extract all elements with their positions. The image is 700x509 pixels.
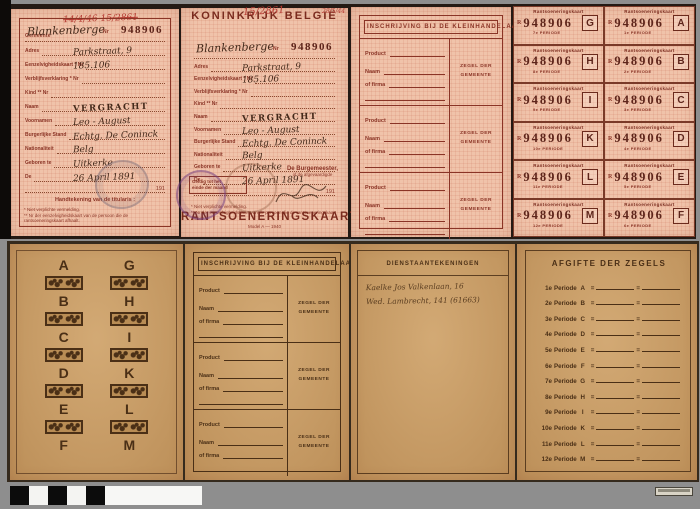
field-label: Nationaliteit xyxy=(25,146,54,154)
municipal-stamp-cell: ZEGEL DER GEMEENTE xyxy=(287,276,340,342)
entry-line xyxy=(596,289,634,290)
form-field-row: Verblijfsverklaring * Nr xyxy=(25,70,165,84)
entry-line xyxy=(642,413,680,414)
gemeente-handwritten-value: Blankenberge xyxy=(196,40,274,56)
coupon-header: Rantsoeneringskaart xyxy=(608,202,691,207)
form-field-row: Adres Parkstraat, 9 xyxy=(194,59,335,72)
retail-fields: Product Naam of firma xyxy=(194,343,287,409)
municipal-stamp-cell: ZEGEL DER GEMEENTE xyxy=(287,410,340,476)
scale-segment-black xyxy=(10,486,29,505)
coupon-number: 948906 xyxy=(614,93,673,108)
firma-line xyxy=(223,391,283,392)
red-ink-annotation: 15/2861 xyxy=(243,5,285,18)
ration-coupon: Rantsoeneringskaart R 948906 D 4e PERIOD… xyxy=(604,122,695,161)
entry-line xyxy=(596,413,634,414)
form-field-row: De 26 April 1891 xyxy=(25,168,165,182)
equals-sign: = xyxy=(636,285,640,292)
retail-fields: Product Naam of firma xyxy=(194,410,287,476)
ration-coupon: Rantsoeneringskaart R 948906 I 9e PERIOD… xyxy=(513,83,604,122)
period-ordinal: 4e xyxy=(538,331,552,338)
entry-line xyxy=(642,304,680,305)
footnote-2: ** Nr der eenzelvigheidskaart van de per… xyxy=(24,213,166,224)
field-label: Geboren te xyxy=(194,164,220,172)
coupon-prefix: R xyxy=(517,20,521,26)
field-label: De xyxy=(25,174,31,182)
coupon-prefix: R xyxy=(517,59,521,65)
footnotes: * Niet verplichte vermelding. ** Nr der … xyxy=(24,207,166,224)
naam-label: Naam xyxy=(365,203,380,209)
period-word: Periode xyxy=(554,441,577,448)
period-letter: I xyxy=(577,409,589,416)
equals-sign: = xyxy=(636,456,640,463)
coupon-header: Rantsoeneringskaart xyxy=(608,48,691,53)
coupon-letter-box: K xyxy=(582,131,598,147)
coupon-letter-box: L xyxy=(582,169,598,185)
firma-label: of firma xyxy=(365,82,385,88)
period-word: Periode xyxy=(554,456,577,463)
field-label: Adres xyxy=(25,48,39,56)
period-word: Periode xyxy=(554,425,577,432)
firma-line xyxy=(389,87,445,88)
coupon-header: Rantsoeneringskaart xyxy=(517,48,600,53)
equals-sign: = xyxy=(591,300,595,307)
product-line xyxy=(390,123,445,124)
entry-line xyxy=(642,289,680,290)
entry-line xyxy=(642,429,680,430)
firma-label: of firma xyxy=(199,319,219,325)
scale-segment-white xyxy=(29,486,48,505)
period-word: Periode xyxy=(554,316,577,323)
coupon-header: Rantsoeneringskaart xyxy=(608,86,691,91)
blank-line xyxy=(199,392,283,405)
retail-fields: Product Naam of firma xyxy=(360,106,449,172)
entry-line xyxy=(596,398,634,399)
form-field-row: Naam VERGRACHT xyxy=(25,98,165,112)
firma-line xyxy=(389,154,445,155)
coupon-prefix: R xyxy=(517,213,521,219)
coupon-header: Rantsoeneringskaart xyxy=(517,9,600,14)
retail-row: Product Naam of firma ZEGEL DER GEMEENTE xyxy=(360,105,502,172)
series-letter: E xyxy=(59,401,68,418)
entry-line xyxy=(596,335,634,336)
field-label: Verblijfsverklaring * Nr xyxy=(25,76,79,84)
municipal-stamp-cell: ZEGEL DER GEMEENTE xyxy=(449,173,502,239)
service-notes-title: DIENSTAANTEKENINGEN xyxy=(358,251,508,276)
field-label: Burgerlijke Stand xyxy=(194,139,235,147)
equals-sign: = xyxy=(591,347,595,354)
form-field-row: Kind ** Nr xyxy=(194,97,335,110)
period-word: Periode xyxy=(554,409,577,416)
retail-fields: Product Naam of firma xyxy=(194,276,287,342)
series-letter: M xyxy=(123,437,135,454)
naam-label: Naam xyxy=(199,306,214,312)
field-label: Verblijfsverklaring * Nr xyxy=(194,89,248,97)
gemeente-handwritten-value: Blankenberge xyxy=(27,23,105,39)
ration-coupon: Rantsoeneringskaart R 948906 E 5e PERIOD… xyxy=(604,160,695,199)
coupon-letter-box: M xyxy=(582,208,598,224)
period-ordinal: 9e xyxy=(538,409,552,416)
firma-label: of firma xyxy=(365,149,385,155)
coupon-letter-box: G xyxy=(582,15,598,31)
naam-line xyxy=(218,445,283,446)
coupon-prefix: R xyxy=(517,97,521,103)
coupon-prefix: R xyxy=(608,174,612,180)
period-ordinal: 5e xyxy=(538,347,552,354)
firma-label: of firma xyxy=(365,216,385,222)
coupon-prefix: R xyxy=(517,136,521,142)
panel-identity-left: 14/4/46 15/2861 Gemeente Blankenberge Nr… xyxy=(11,9,179,236)
coupon-header: Rantsoeneringskaart xyxy=(608,163,691,168)
ornament-stamp xyxy=(110,276,148,290)
entry-line xyxy=(596,445,634,446)
coupon-letter-box: B xyxy=(673,54,689,70)
equals-sign: = xyxy=(636,331,640,338)
period-letter: D xyxy=(577,331,589,338)
panel-coupons: Rantsoeneringskaart R 948906 G 7e PERIOD… xyxy=(513,6,695,237)
coupon-number: 948906 xyxy=(523,131,582,146)
ornament-stamp xyxy=(45,348,83,362)
field-label: Nationaliteit xyxy=(194,152,223,160)
equals-sign: = xyxy=(591,409,595,416)
card-number: 948906 xyxy=(121,24,163,36)
series-letter: C xyxy=(59,329,69,346)
entry-line xyxy=(642,445,680,446)
naam-line xyxy=(384,141,445,142)
equals-sign: = xyxy=(636,300,640,307)
retail-fields: Product Naam of firma xyxy=(360,39,449,105)
coupon-letter-box: D xyxy=(673,131,689,147)
period-ordinal: 10e xyxy=(538,425,552,432)
entry-line xyxy=(596,367,634,368)
product-label: Product xyxy=(199,355,220,361)
gemeente-row: Gemeente Blankenberge Nr 948906 xyxy=(25,24,165,42)
period-ordinal: 7e xyxy=(538,378,552,385)
scan-edge-shadow xyxy=(0,0,11,239)
afgifte-row: 7e Periode G = = xyxy=(538,370,680,386)
period-word: Periode xyxy=(554,363,577,370)
naam-label: Naam xyxy=(365,136,380,142)
entry-line xyxy=(596,320,634,321)
coupon-number: 948906 xyxy=(614,16,673,31)
field-label: Burgerlijke Stand xyxy=(25,132,66,140)
entry-line xyxy=(642,367,680,368)
form-field-row: Eenzelvigheidskaart * Nr 185.106 xyxy=(194,72,335,85)
afgifte-row: 8e Periode H = = xyxy=(538,385,680,401)
coupon-number: 948906 xyxy=(523,54,582,69)
validity-box: Geldig tot het einde der maand xyxy=(189,176,247,194)
coupon-prefix: R xyxy=(608,213,612,219)
equals-sign: = xyxy=(591,331,595,338)
period-word: Periode xyxy=(554,347,577,354)
color-reference-chip xyxy=(655,487,693,496)
coupon-letter-box: H xyxy=(582,54,598,70)
service-notes-border: DIENSTAANTEKENINGEN Kaelke Jos Valkenlaa… xyxy=(357,250,509,474)
product-label: Product xyxy=(199,422,220,428)
retail-border: INSCHRIJVING BIJ DE KLEINHANDELAARS Prod… xyxy=(193,252,341,472)
afgifte-title: AFGIFTE DER ZEGELS xyxy=(538,259,680,268)
equals-sign: = xyxy=(636,378,640,385)
period-word: Periode xyxy=(554,394,577,401)
product-line xyxy=(224,360,283,361)
blank-line xyxy=(199,325,283,338)
ration-coupon: Rantsoeneringskaart R 948906 F 6e PERIOD… xyxy=(604,199,695,238)
product-line xyxy=(224,293,283,294)
ornament-stamp xyxy=(45,276,83,290)
firma-line xyxy=(223,458,283,459)
form-field-row: Voornamen Leo - August xyxy=(25,112,165,126)
card-title: RANTSOENERINGSKAART xyxy=(181,211,348,223)
printed-year-row: 191 xyxy=(25,182,165,193)
afgifte-row: 9e Periode I = = xyxy=(538,401,680,417)
blank-line xyxy=(199,459,283,472)
coupon-header: Rantsoeneringskaart xyxy=(608,125,691,130)
equals-sign: = xyxy=(591,363,595,370)
coupon-number: 948906 xyxy=(614,131,673,146)
ornament-stamp xyxy=(45,312,83,326)
signature-caption: Handtekening van de titularis : xyxy=(25,197,165,203)
product-label: Product xyxy=(199,288,220,294)
product-line xyxy=(390,56,445,57)
field-label: Geboren te xyxy=(25,160,51,168)
equals-sign: = xyxy=(636,425,640,432)
red-ink-annotation-small: 28/5/44 xyxy=(322,8,345,15)
product-label: Product xyxy=(365,51,386,57)
equals-sign: = xyxy=(591,378,595,385)
period-word: Periode xyxy=(554,331,577,338)
retail-fields: Product Naam of firma xyxy=(360,173,449,239)
coupon-number: 948906 xyxy=(614,208,673,223)
equals-sign: = xyxy=(591,425,595,432)
form-field-row: Burgerlijke Stand Echtg. De Coninck xyxy=(25,126,165,140)
card-number: 948906 xyxy=(291,41,333,53)
period-letter: C xyxy=(577,316,589,323)
series-letter: K xyxy=(124,365,134,382)
entry-line xyxy=(642,335,680,336)
panel-retail-registration-bottom: INSCHRIJVING BIJ DE KLEINHANDELAARS Prod… xyxy=(185,244,349,480)
form-field-row: Kind ** Nr xyxy=(25,84,165,98)
equals-sign: = xyxy=(636,316,640,323)
service-notes-handwriting: Kaelke Jos Valkenlaan, 16 Wed. Lambrecht… xyxy=(358,275,509,314)
afgifte-border: AFGIFTE DER ZEGELS 1e Periode A = = 2e P… xyxy=(525,250,691,472)
period-ordinal: 6e xyxy=(538,363,552,370)
equals-sign: = xyxy=(636,394,640,401)
coupon-number: 948906 xyxy=(523,16,582,31)
afgifte-row: 4e Periode D = = xyxy=(538,323,680,339)
form-field-row: Nationaliteit Belg xyxy=(194,147,335,160)
scale-segment-long-white xyxy=(105,486,202,505)
period-letter: B xyxy=(577,300,589,307)
form-field-row: Adres Parkstraat, 9 xyxy=(25,42,165,56)
ornament-stamp xyxy=(110,312,148,326)
form-field-row: Verblijfsverklaring * Nr xyxy=(194,84,335,97)
retail-border: INSCHRIJVING BIJ DE KLEINHANDELAARS Prod… xyxy=(359,15,503,229)
retail-title: INSCHRIJVING BIJ DE KLEINHANDELAARS xyxy=(364,20,498,34)
form-field-row: Voornamen Leo - August xyxy=(194,122,335,135)
panel-service-notes: DIENSTAANTEKENINGEN Kaelke Jos Valkenlaa… xyxy=(351,244,515,480)
municipal-stamp-cell: ZEGEL DER GEMEENTE xyxy=(449,106,502,172)
period-ordinal: 2e xyxy=(538,300,552,307)
coupon-header: Rantsoeneringskaart xyxy=(517,202,600,207)
field-label: Naam xyxy=(25,104,39,112)
entry-line xyxy=(596,382,634,383)
ration-coupon: Rantsoeneringskaart R 948906 B 2e PERIOD… xyxy=(604,45,695,84)
naam-line xyxy=(384,208,445,209)
equals-sign: = xyxy=(591,456,595,463)
period-letter: H xyxy=(577,394,589,401)
scale-segment-black xyxy=(48,486,67,505)
identity-form-border: Gemeente Blankenberge Nr 948906 Adres Pa… xyxy=(19,18,171,227)
coupon-prefix: R xyxy=(608,136,612,142)
equals-sign: = xyxy=(636,409,640,416)
equals-sign: = xyxy=(591,316,595,323)
equals-sign: = xyxy=(591,285,595,292)
form-field-row: Geboren te Uitkerke xyxy=(25,154,165,168)
naam-line xyxy=(384,74,445,75)
naam-label: Naam xyxy=(199,373,214,379)
ration-coupon: Rantsoeneringskaart R 948906 C 3e PERIOD… xyxy=(604,83,695,122)
equals-sign: = xyxy=(636,441,640,448)
coupon-letter-box: F xyxy=(673,208,689,224)
period-ordinal: 3e xyxy=(538,316,552,323)
afgifte-row: 12e Periode M = = xyxy=(538,448,680,464)
series-letter: A xyxy=(59,257,69,274)
coupon-prefix: R xyxy=(517,174,521,180)
blank-line xyxy=(365,155,445,168)
letter-column-right: G H I K L M xyxy=(110,251,148,473)
period-letter: M xyxy=(577,456,589,463)
period-word: Periode xyxy=(554,378,577,385)
coupon-prefix: R xyxy=(608,59,612,65)
ration-coupon: Rantsoeneringskaart R 948906 K 10e PERIO… xyxy=(513,122,604,161)
ornament-stamp xyxy=(110,348,148,362)
firma-label: of firma xyxy=(199,453,219,459)
coupon-number: 948906 xyxy=(523,93,582,108)
naam-label: Naam xyxy=(199,440,214,446)
period-ordinal: 1e xyxy=(538,285,552,292)
retail-row: Product Naam of firma ZEGEL DER GEMEENTE xyxy=(360,38,502,105)
product-line xyxy=(224,427,283,428)
field-label: Voornamen xyxy=(25,118,52,126)
naam-line xyxy=(218,311,283,312)
ornament-stamp xyxy=(45,420,83,434)
municipal-stamp-cell: ZEGEL DER GEMEENTE xyxy=(287,343,340,409)
field-label: Kind ** Nr xyxy=(194,101,217,109)
afgifte-row: 2e Periode B = = xyxy=(538,292,680,308)
coupon-number: 948906 xyxy=(614,170,673,185)
afgifte-row: 11e Periode L = = xyxy=(538,432,680,448)
blank-line xyxy=(365,222,445,235)
period-letter: A xyxy=(577,285,589,292)
coupon-prefix: R xyxy=(608,20,612,26)
field-label: Voornamen xyxy=(194,127,221,135)
coupon-number: 948906 xyxy=(523,208,582,223)
panel-koninkrijk-belgie: KONINKRIJK BELGIË Blankenberge Nr 948906… xyxy=(181,8,348,237)
coupon-letter-box: A xyxy=(673,15,689,31)
coupon-prefix: R xyxy=(608,97,612,103)
field-label: Naam xyxy=(194,114,208,122)
entry-line xyxy=(642,398,680,399)
series-letter: H xyxy=(124,293,134,310)
product-label: Product xyxy=(365,118,386,124)
coupon-header: Rantsoeneringskaart xyxy=(517,86,600,91)
blank-line xyxy=(365,88,445,101)
period-word: Periode xyxy=(554,300,577,307)
coupon-letter-box: C xyxy=(673,92,689,108)
period-ordinal: 12e xyxy=(538,456,552,463)
period-letter: E xyxy=(577,347,589,354)
period-letter: L xyxy=(577,441,589,448)
coupon-header: Rantsoeneringskaart xyxy=(517,163,600,168)
ornament-stamp xyxy=(45,384,83,398)
field-label: Kind ** Nr xyxy=(25,90,48,98)
scale-segment-black xyxy=(86,486,105,505)
series-letter: L xyxy=(125,401,134,418)
afgifte-row: 3e Periode C = = xyxy=(538,307,680,323)
gemeente-row-2: Blankenberge Nr 948906 xyxy=(194,41,335,59)
period-ordinal: 11e xyxy=(538,441,552,448)
scale-bar xyxy=(10,486,202,505)
retail-row: Product Naam of firma ZEGEL DER GEMEENTE xyxy=(194,275,340,342)
naam-line xyxy=(218,378,283,379)
coupon-letter-box: I xyxy=(582,92,598,108)
panel-retail-registration-top: INSCHRIJVING BIJ DE KLEINHANDELAARS Prod… xyxy=(351,7,511,237)
coupon-header: Rantsoeneringskaart xyxy=(608,9,691,14)
period-ordinal: 8e xyxy=(538,394,552,401)
model-microprint: Model A — 1940 xyxy=(181,224,348,229)
afgifte-row: 5e Periode E = = xyxy=(538,338,680,354)
equals-sign: = xyxy=(591,394,595,401)
ration-coupon: Rantsoeneringskaart R 948906 A 1e PERIOD… xyxy=(604,6,695,45)
entry-line xyxy=(642,382,680,383)
afgifte-row: 10e Periode K = = xyxy=(538,416,680,432)
series-letter: D xyxy=(59,365,69,382)
coupon-number: 948906 xyxy=(614,54,673,69)
coupon-letter-box: E xyxy=(673,169,689,185)
nr-label: Nr xyxy=(103,29,109,35)
scale-segment-white xyxy=(67,486,86,505)
letter-column-left: A B C D E F xyxy=(45,251,83,473)
letters-border: A B C D E F G H xyxy=(16,250,177,474)
ration-coupon: Rantsoeneringskaart R 948906 H 8e PERIOD… xyxy=(513,45,604,84)
period-letter: G xyxy=(577,378,589,385)
entry-line xyxy=(596,351,634,352)
product-line xyxy=(390,190,445,191)
form-field-row: Burgerlijke Stand Echtg. De Coninck xyxy=(194,135,335,148)
entry-line xyxy=(596,460,634,461)
field-label: Adres xyxy=(194,64,208,72)
afgifte-row: 1e Periode A = = xyxy=(538,276,680,292)
firma-label: of firma xyxy=(199,386,219,392)
equals-sign: = xyxy=(636,363,640,370)
panel-afgifte-der-zegels: AFGIFTE DER ZEGELS 1e Periode A = = 2e P… xyxy=(517,244,697,480)
product-label: Product xyxy=(365,185,386,191)
form-field-row: Eenzelvigheidskaart * Nr 185.106 xyxy=(25,56,165,70)
ration-coupon: Rantsoeneringskaart R 948906 G 7e PERIOD… xyxy=(513,6,604,45)
period-letter: F xyxy=(577,363,589,370)
equals-sign: = xyxy=(591,441,595,448)
form-field-row: Naam VERGRACHT xyxy=(194,109,335,122)
entry-line xyxy=(642,320,680,321)
handwriting-line-2: Wed. Lambrecht, 141 (61663) xyxy=(366,293,500,310)
firma-line xyxy=(389,221,445,222)
ration-coupon: Rantsoeneringskaart R 948906 M 12e PERIO… xyxy=(513,199,604,238)
ornament-stamp xyxy=(110,420,148,434)
afgifte-row: 6e Periode F = = xyxy=(538,354,680,370)
entry-line xyxy=(596,304,634,305)
panel-letter-stamps: A B C D E F G H xyxy=(10,244,183,480)
series-letter: B xyxy=(59,293,69,310)
series-letter: F xyxy=(59,437,68,454)
